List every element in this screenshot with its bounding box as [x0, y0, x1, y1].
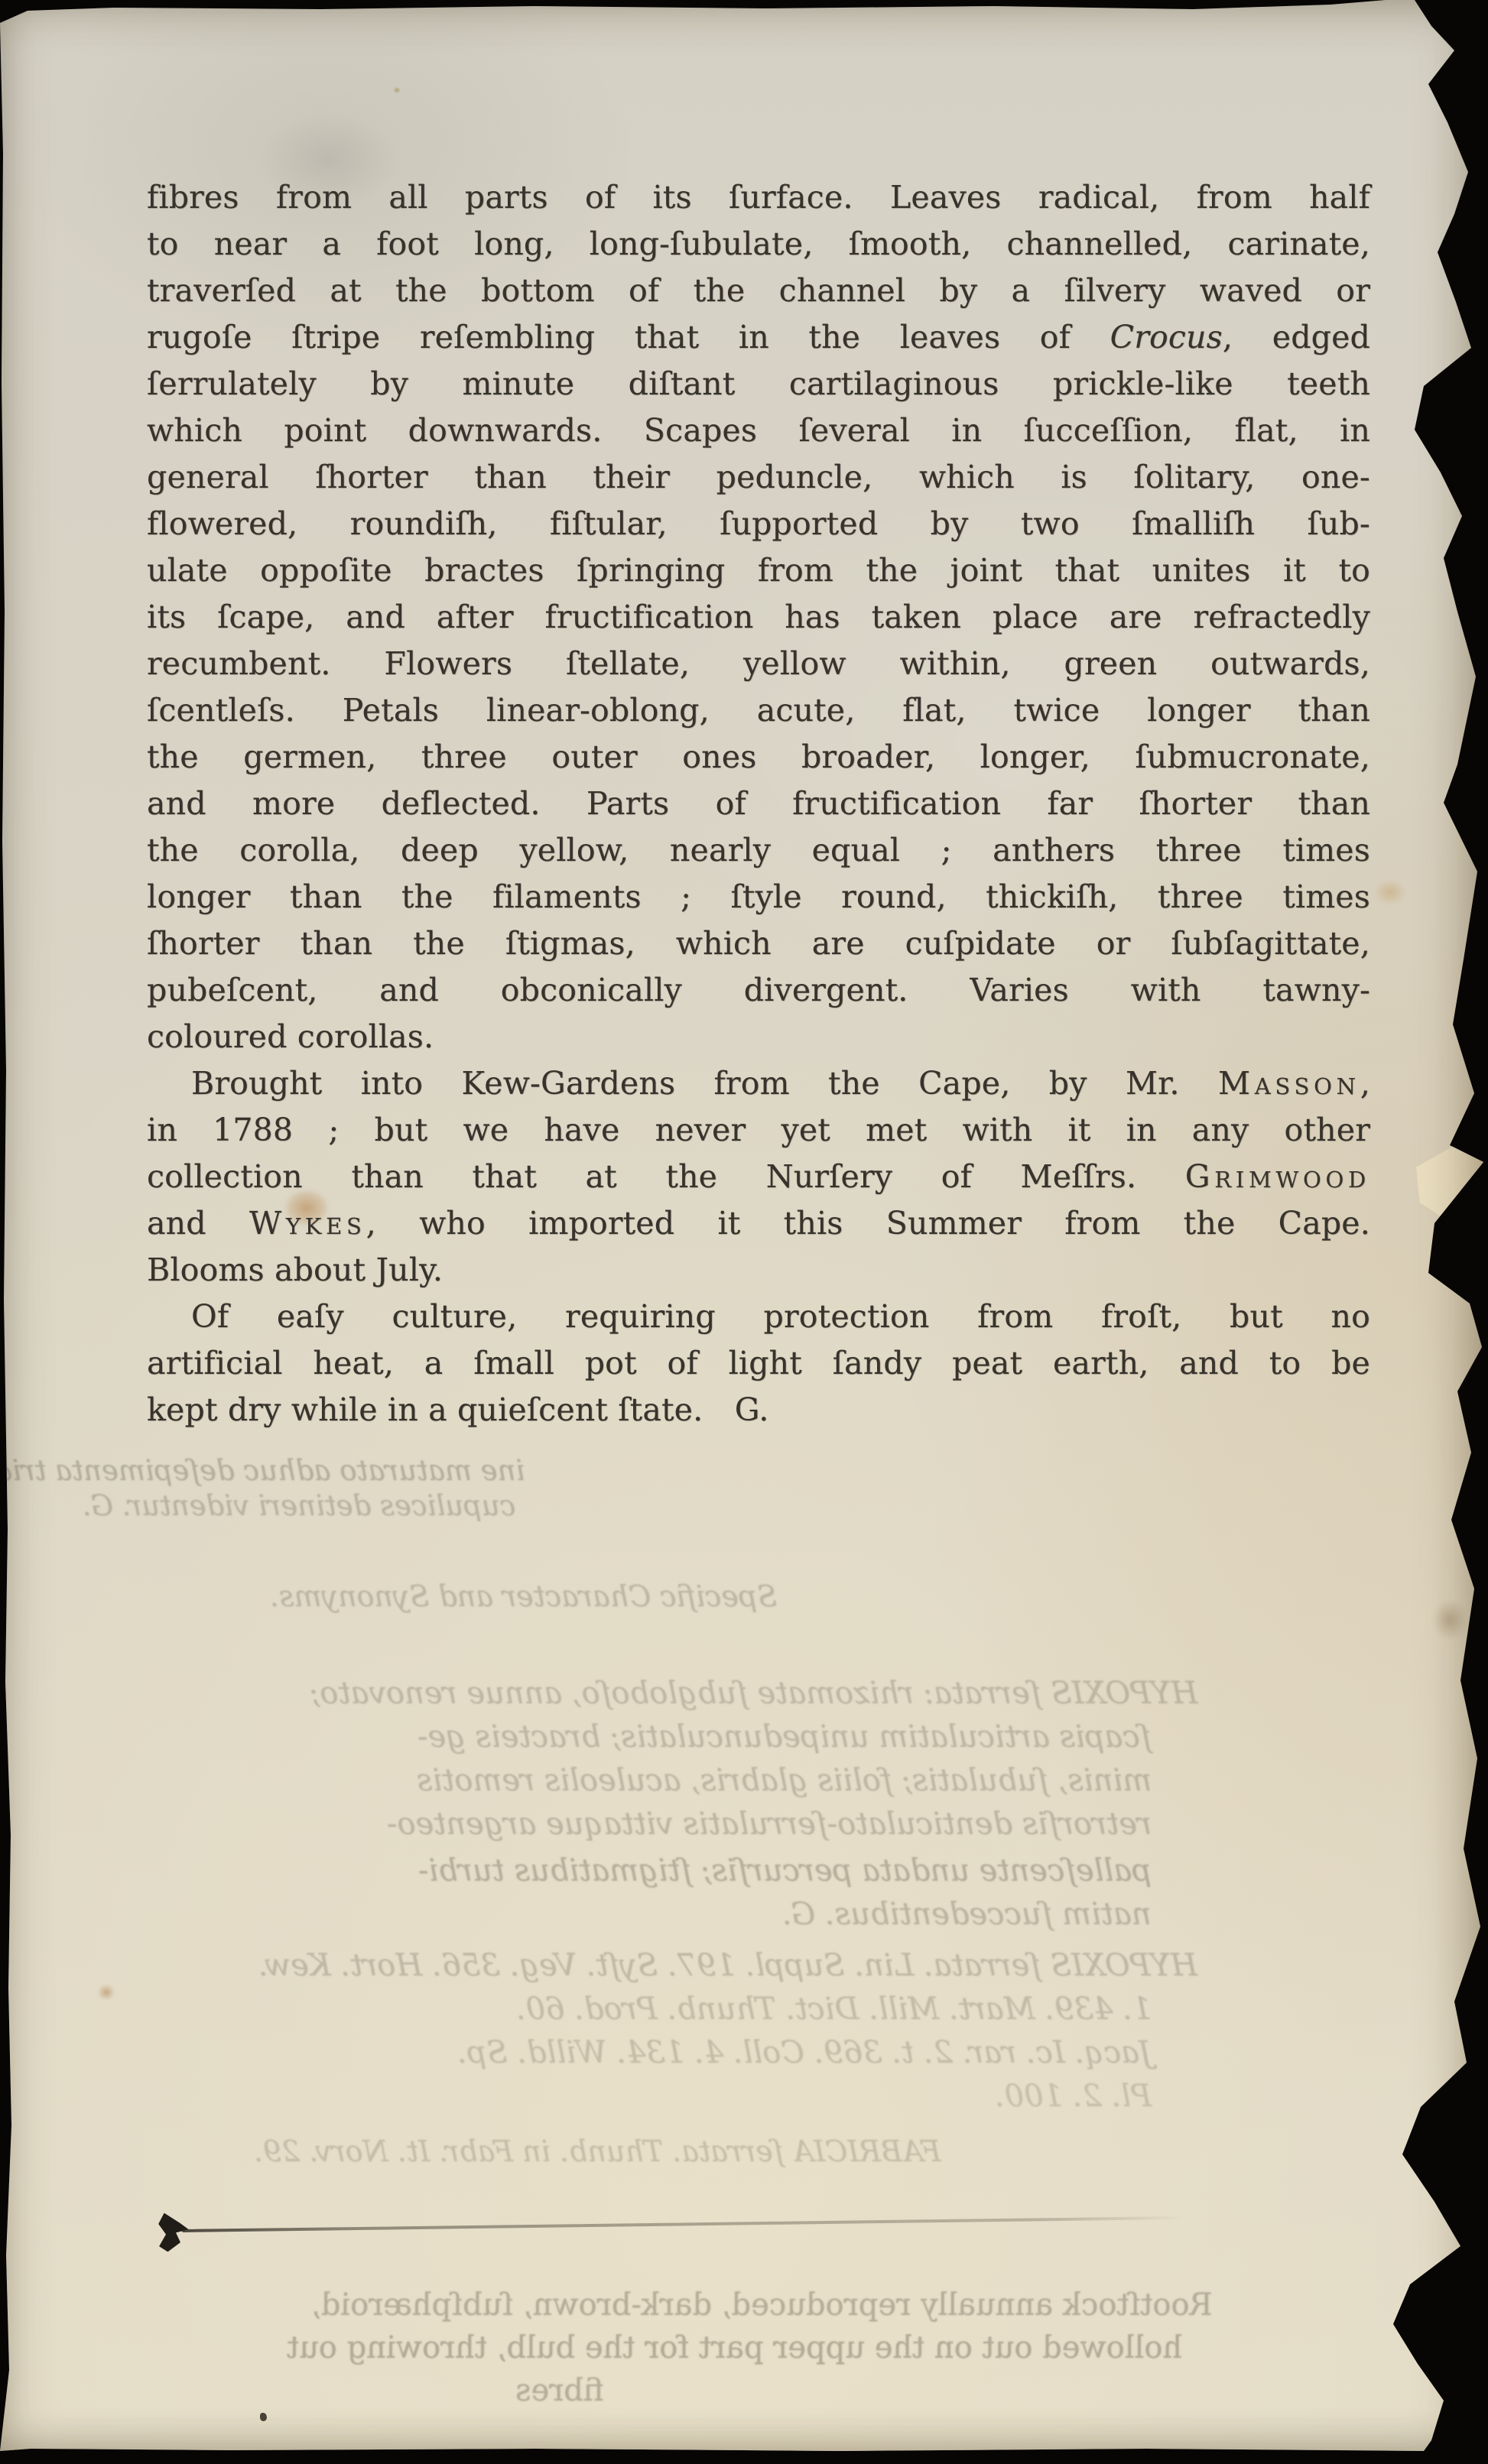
text-line: and Wykes, who imported it this Summer f… — [147, 1200, 1370, 1247]
text-line paragraph-start: Of eaſy culture, requiring protection fr… — [147, 1294, 1370, 1340]
showthrough-line: hollowed out on the upper part for the b… — [287, 2330, 1182, 2365]
showthrough-line: 1. 439. Mart. Mill. Dict. Thunb. Prod. 6… — [516, 1992, 1152, 2027]
small-caps-name: Grimwood — [1185, 1158, 1370, 1195]
text-segment: , — [1360, 1065, 1370, 1102]
text-line: rugoſe ſtripe reſembling that in the lea… — [147, 314, 1370, 361]
showthrough-heading: Specific Character and Synonyms. — [270, 1579, 777, 1613]
text-line paragraph-end: coloured corollas. — [147, 1014, 1370, 1060]
smudge-stain — [229, 92, 428, 229]
text-segment: , edged — [1223, 319, 1370, 355]
text-line: flowered, roundiſh, fiſtular, ſupported … — [147, 501, 1370, 547]
showthrough-line: Rootſtock annually reproduced, dark-brow… — [311, 2287, 1213, 2323]
small-caps-name: Wykes — [249, 1205, 366, 1242]
text-line: the germen, three outer ones broader, lo… — [147, 734, 1370, 781]
text-line: traverſed at the bottom of the channel b… — [147, 268, 1370, 314]
text-line: collection than that at the Nurſery of M… — [147, 1154, 1370, 1200]
showthrough-line: FABRICIA ſerrata. Thunb. in Fabr. It. No… — [254, 2134, 941, 2168]
text-line: and more deflected. Parts of fructificat… — [147, 781, 1370, 827]
paper-sheet: ine maturato adhuc deſepimenta tria cupu… — [0, 0, 1488, 2464]
speck-stain — [391, 86, 402, 95]
main-text-block: fibres from all parts of its ſurface. Le… — [147, 174, 1370, 1433]
text-line: to near a foot long, long-ſubulate, ſmoo… — [147, 221, 1370, 268]
showthrough-line: ſcapis articulatim unipedunculatis; brac… — [417, 1719, 1152, 1755]
tear-shadow-spot — [1427, 1593, 1473, 1647]
text-line: recumbent. Flowers ſtellate, yellow with… — [147, 641, 1370, 687]
text-line: pubeſcent, and obconically divergent. Va… — [147, 967, 1370, 1014]
ink-pen-mark — [155, 2212, 190, 2254]
text-segment: rugoſe ſtripe reſembling that in the lea… — [147, 319, 1110, 355]
showthrough-line: palleſcente undata percurſis; ſtigmatibu… — [418, 1853, 1152, 1888]
brown-stain — [277, 1183, 336, 1232]
text-line: general ſhorter than their peduncle, whi… — [147, 454, 1370, 501]
torn-paper-flap — [1416, 1145, 1486, 1219]
showthrough-line: natim ſuccedentibus. G. — [782, 1897, 1152, 1932]
text-segment: , who imported it this Summer from the C… — [366, 1205, 1370, 1242]
text-segment: collection than that at the Nurſery of M… — [147, 1158, 1185, 1195]
text-line: fibres from all parts of its ſurface. Le… — [147, 174, 1370, 221]
showthrough-line: HYPOXIS ſerrata. Lin. Suppl. 197. Syſt. … — [258, 1948, 1197, 1983]
text-segment: Brought into Kew-Gardens from the Cape, … — [191, 1065, 1218, 1102]
showthrough-line: ine maturato adhuc deſepimenta tria — [0, 1454, 525, 1487]
showthrough-line: retrorſis denticulato-ſerrulatis vittaqu… — [387, 1807, 1152, 1842]
text-line: the corolla, deep yellow, nearly equal ;… — [147, 827, 1370, 874]
text-line paragraph-end: Blooms about July. — [147, 1247, 1370, 1294]
text-line: ſerrulately by minute diſtant cartilagin… — [147, 361, 1370, 407]
scanned-page: ine maturato adhuc deſepimenta tria cupu… — [0, 0, 1488, 2464]
dark-speck — [260, 2413, 267, 2421]
showthrough-line: minis, ſubulatis; foliis glabris, aculeo… — [417, 1763, 1152, 1798]
ink-scratch-line — [182, 2209, 1184, 2242]
text-line: which point downwards. Scapes ſeveral in… — [147, 407, 1370, 454]
text-line paragraph-start: Brought into Kew-Gardens from the Cape, … — [147, 1060, 1370, 1107]
text-line: longer than the filaments ; ſtyle round,… — [147, 874, 1370, 920]
showthrough-line: HYPOXIS ſerrata: rhizomate ſubgloboſo, a… — [310, 1676, 1197, 1711]
text-line: artificial heat, a ſmall pot of light ſa… — [147, 1340, 1370, 1387]
showthrough-line: cupulices detineri videntur. G. — [83, 1489, 515, 1522]
text-line: ulate oppoſite bractes ſpringing from th… — [147, 547, 1370, 594]
showthrough-line: Jacq. Ic. rar. 2. t. 369. Coll. 4. 134. … — [457, 2035, 1152, 2070]
text-segment: and — [147, 1205, 249, 1242]
small-brown-spot — [95, 1982, 118, 2003]
showthrough-line: fibres — [515, 2373, 604, 2408]
showthrough-line: Pl. 2. 100. — [995, 2079, 1152, 2114]
text-line: ſhorter than the ſtigmas, which are cuſp… — [147, 920, 1370, 967]
text-line: its ſcape, and after fructification has … — [147, 594, 1370, 641]
text-line paragraph-end author-mark: kept dry while in a quieſcent ſtate. G. — [147, 1387, 1370, 1433]
text-line: in 1788 ; but we have never yet met with… — [147, 1107, 1370, 1154]
small-caps-name: Masson — [1218, 1065, 1360, 1102]
italic-word: Crocus — [1110, 319, 1223, 355]
text-line: ſcentleſs. Petals linear-oblong, acute, … — [147, 687, 1370, 734]
margin-stain — [1369, 875, 1412, 909]
